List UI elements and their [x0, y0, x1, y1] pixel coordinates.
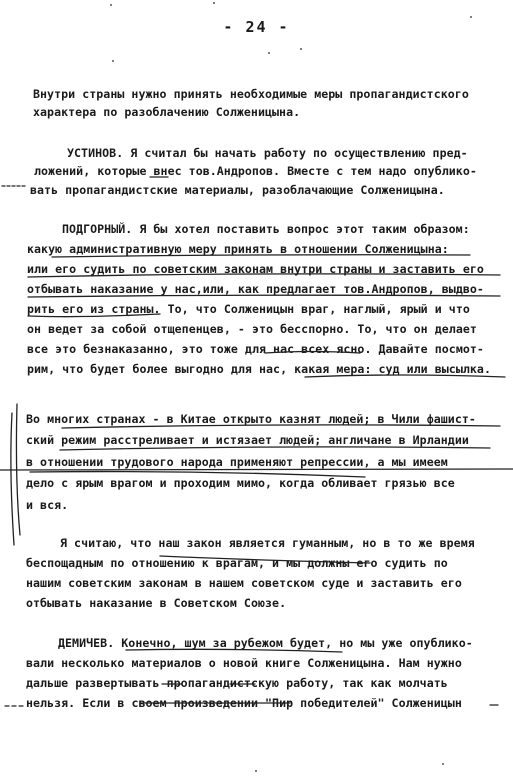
speck — [442, 763, 444, 765]
speaker-paragraph-ustinov: УСТИНОВ. Я считал бы начать работу по ос… — [67, 146, 468, 160]
speck — [213, 2, 215, 4]
speck — [110, 4, 112, 6]
text-line: вали несколько материалов о новой книге … — [26, 656, 462, 670]
text-line: все это безнаказанно, это тоже для нас в… — [27, 342, 484, 356]
text-line: Внутри страны нужно принять необходимые … — [33, 87, 469, 101]
document-page: - 24 - Внутри страны нужно принять необх… — [0, 0, 513, 780]
text-line: он ведет за собой отщепенцев, - это бесс… — [27, 322, 477, 336]
speck — [470, 16, 472, 18]
text-line: рить его из страны. То, что Солженицын в… — [27, 302, 470, 316]
text-line: и вся. — [26, 498, 68, 512]
speck — [300, 48, 302, 50]
text-line: в отношении трудового народа применяют р… — [26, 455, 448, 469]
speck — [268, 52, 270, 54]
text-line: Я считаю, что наш закон является гуманны… — [60, 536, 475, 550]
text-line: дальше развертывать пропагандистскую раб… — [26, 676, 448, 690]
speaker-paragraph-demichev: ДЕМИЧЕВ. Конечно, шум за рубежом будет, … — [58, 636, 473, 650]
text-line: рим, что будет более выгодно для нас, ка… — [27, 362, 491, 376]
text-line: нельзя. Если в своем произведении "Пир п… — [26, 696, 462, 710]
page-number: - 24 - — [0, 18, 513, 36]
text-line: дело с ярым врагом и проходим мимо, когд… — [26, 476, 455, 490]
text-line: или его судить по советским законам внут… — [27, 262, 484, 276]
text-line: беспощадным по отношению к врагам, и мы … — [26, 556, 448, 570]
text-line: отбывать наказание в Советском Союзе. — [26, 596, 286, 610]
text-line: какую административную меру принять в от… — [27, 242, 449, 256]
speck — [112, 60, 114, 62]
text-line: отбывать наказание у нас,или, как предла… — [27, 282, 484, 296]
text-line: характера по разоблачению Солженицына. — [33, 105, 300, 119]
text-line: нашим советским законам в нашем советско… — [26, 576, 462, 590]
speck — [255, 770, 257, 772]
text-line: ский режим расстреливает и истязает люде… — [26, 433, 469, 447]
text-line: Во многих странах - в Китае открыто казн… — [26, 412, 476, 426]
speaker-paragraph-podgorny: ПОДГОРНЫЙ. Я бы хотел поставить вопрос э… — [62, 222, 470, 236]
text-line: вать пропагандистские материалы, разобла… — [30, 183, 445, 197]
text-line: ложений, которые внес тов.Андропов. Вмес… — [34, 164, 477, 178]
